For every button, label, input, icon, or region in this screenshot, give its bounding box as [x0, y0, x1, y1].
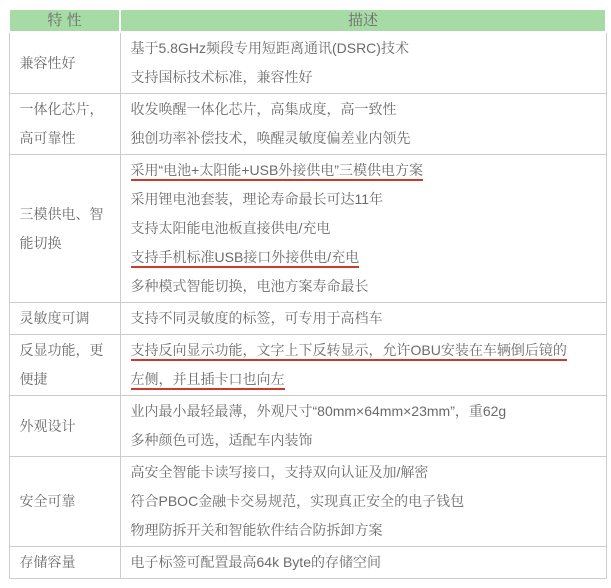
description-line: 多种颜色可选，适配车内装饰 — [131, 426, 596, 455]
description-line: 收发唤醒一体化芯片，高集成度，高一致性 — [131, 95, 596, 124]
description-line: 电子标签可配置最高64k Byte的存储空间 — [131, 548, 596, 577]
table-header: 特 性 描述 — [9, 9, 606, 32]
feature-cell: 兼容性好 — [9, 32, 120, 94]
table-row: 三模供电、智能切换采用“电池+太阳能+USB外接供电”三模供电方案采用锂电池套装… — [9, 155, 606, 303]
description-line: 高安全智能卡读写接口，支持双向认证及加/解密 — [131, 458, 596, 487]
description-line: 物理防拆开关和智能软件结合防拆卸方案 — [131, 516, 596, 545]
feature-cell: 外观设计 — [9, 396, 120, 457]
red-underlined-text: 左侧，并且插卡口也向左 — [131, 371, 285, 390]
description-line: 多种模式智能切换，电池方案寿命最长 — [131, 272, 596, 301]
description-line: 业内最小最轻最薄，外观尺寸“80mm×64mm×23mm”，重62g — [131, 397, 596, 426]
description-cell: 支持反向显示功能，文字上下反转显示，允许OBU安装在车辆倒后镜的左侧，并且插卡口… — [120, 335, 606, 396]
page: 特 性 描述 兼容性好基于5.8GHz频段专用短距离通讯(DSRC)技术支持国标… — [0, 0, 611, 588]
description-line: 基于5.8GHz频段专用短距离通讯(DSRC)技术 — [131, 34, 596, 63]
header-cell-feature: 特 性 — [9, 9, 120, 32]
description-line: 采用“电池+太阳能+USB外接供电”三模供电方案 — [131, 156, 596, 185]
table-row: 灵敏度可调支持不同灵敏度的标签，可专用于高档车 — [9, 303, 606, 335]
feature-cell: 反显功能，更便捷 — [9, 335, 120, 396]
feature-cell: 三模供电、智能切换 — [9, 155, 120, 303]
description-cell: 电子标签可配置最高64k Byte的存储空间 — [120, 547, 606, 579]
table-row: 兼容性好基于5.8GHz频段专用短距离通讯(DSRC)技术支持国标技术标准，兼容… — [9, 32, 606, 94]
red-underlined-text: 支持手机标准USB接口外接供电/充电 — [131, 249, 360, 268]
description-line: 支持手机标准USB接口外接供电/充电 — [131, 243, 596, 272]
table-row: 外观设计业内最小最轻最薄，外观尺寸“80mm×64mm×23mm”，重62g多种… — [9, 396, 606, 457]
header-row: 特 性 描述 — [9, 9, 606, 32]
description-line: 支持太阳能电池板直接供电/充电 — [131, 214, 596, 243]
description-cell: 业内最小最轻最薄，外观尺寸“80mm×64mm×23mm”，重62g多种颜色可选… — [120, 396, 606, 457]
table-row: 存储容量电子标签可配置最高64k Byte的存储空间 — [9, 547, 606, 579]
feature-cell: 存储容量 — [9, 547, 120, 579]
description-line: 支持国标技术标准，兼容性好 — [131, 63, 596, 92]
description-cell: 收发唤醒一体化芯片，高集成度，高一致性独创功率补偿技术，唤醒灵敏度偏差业内领先 — [120, 94, 606, 155]
description-cell: 高安全智能卡读写接口，支持双向认证及加/解密符合PBOC金融卡交易规范，实现真正… — [120, 457, 606, 547]
table-row: 反显功能，更便捷支持反向显示功能，文字上下反转显示，允许OBU安装在车辆倒后镜的… — [9, 335, 606, 396]
description-line: 符合PBOC金融卡交易规范，实现真正安全的电子钱包 — [131, 487, 596, 516]
features-table: 特 性 描述 兼容性好基于5.8GHz频段专用短距离通讯(DSRC)技术支持国标… — [8, 8, 607, 579]
description-line: 左侧，并且插卡口也向左 — [131, 365, 596, 394]
red-underlined-text: 支持反向显示功能，文字上下反转显示，允许OBU安装在车辆倒后镜的 — [131, 342, 567, 361]
feature-cell: 安全可靠 — [9, 457, 120, 547]
description-line: 独创功率补偿技术，唤醒灵敏度偏差业内领先 — [131, 124, 596, 153]
table-body: 兼容性好基于5.8GHz频段专用短距离通讯(DSRC)技术支持国标技术标准，兼容… — [9, 32, 606, 579]
description-line: 支持反向显示功能，文字上下反转显示，允许OBU安装在车辆倒后镜的 — [131, 336, 596, 365]
description-cell: 采用“电池+太阳能+USB外接供电”三模供电方案采用锂电池套装，理论寿命最长可达… — [120, 155, 606, 303]
red-underlined-text: 采用“电池+太阳能+USB外接供电”三模供电方案 — [131, 162, 423, 181]
feature-cell: 灵敏度可调 — [9, 303, 120, 335]
table-row: 安全可靠高安全智能卡读写接口，支持双向认证及加/解密符合PBOC金融卡交易规范，… — [9, 457, 606, 547]
feature-cell: 一体化芯片，高可靠性 — [9, 94, 120, 155]
description-cell: 基于5.8GHz频段专用短距离通讯(DSRC)技术支持国标技术标准，兼容性好 — [120, 32, 606, 94]
description-cell: 支持不同灵敏度的标签，可专用于高档车 — [120, 303, 606, 335]
description-line: 采用锂电池套装，理论寿命最长可达11年 — [131, 185, 596, 214]
header-cell-description: 描述 — [120, 9, 606, 32]
description-line: 支持不同灵敏度的标签，可专用于高档车 — [131, 304, 596, 333]
table-row: 一体化芯片，高可靠性收发唤醒一体化芯片，高集成度，高一致性独创功率补偿技术，唤醒… — [9, 94, 606, 155]
